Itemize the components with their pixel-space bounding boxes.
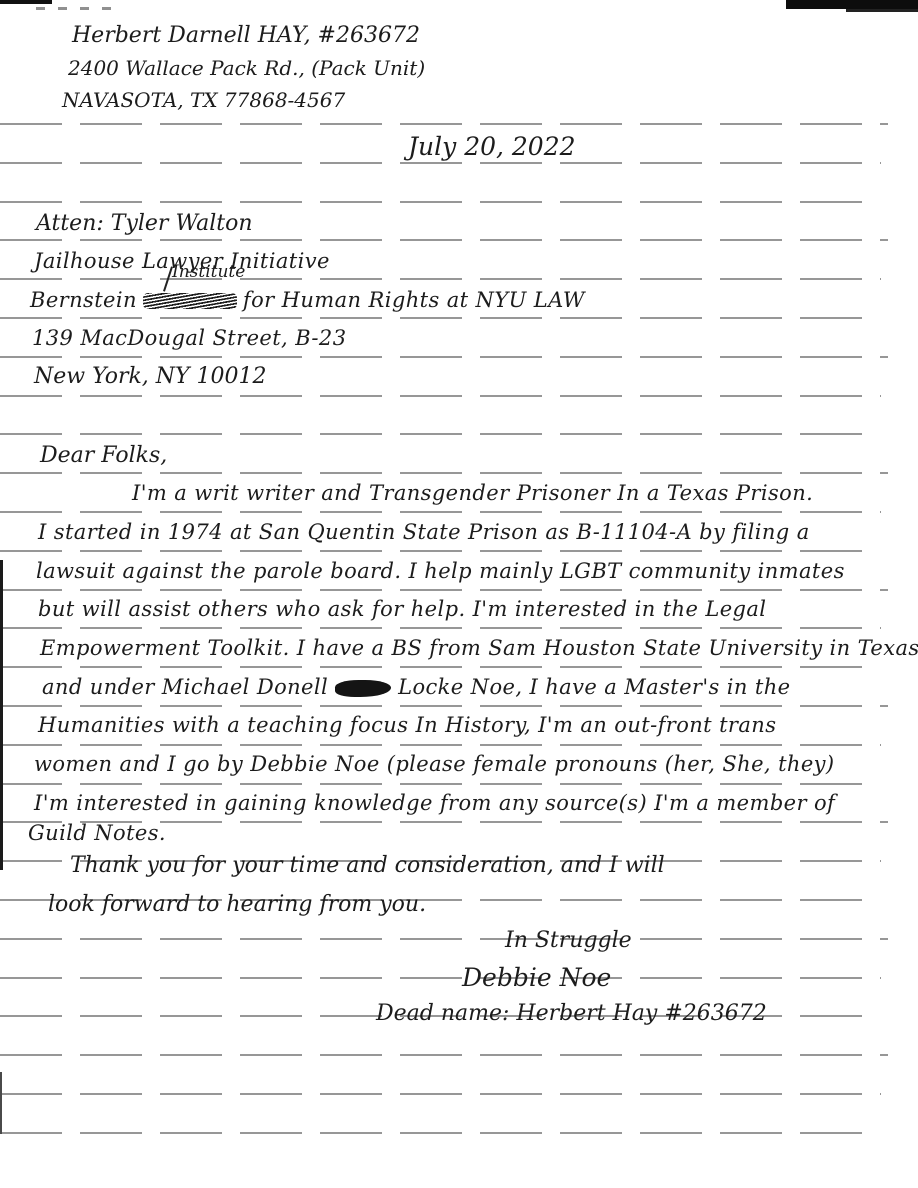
- scan-artifact-top-right-bar: [786, 0, 918, 9]
- body-line-5: Empowerment Toolkit. I have a BS from Sa…: [40, 637, 918, 660]
- scan-artifact-left-edge-bar: [0, 560, 3, 870]
- body-line-2: I started in 1974 at San Quentin State P…: [38, 521, 810, 544]
- body-line-8: women and I go by Debbie Noe (please fem…: [34, 753, 835, 776]
- body-line-6-before: and under Michael Donell: [42, 675, 328, 699]
- ruled-line: [0, 744, 881, 746]
- scan-artifact-left-edge-mark: [0, 1072, 2, 1134]
- body-line-3: lawsuit against the parole board. I help…: [36, 560, 845, 583]
- ruled-line: [0, 627, 881, 629]
- body-line-7: Humanities with a teaching focus In Hist…: [38, 714, 776, 737]
- valediction: In Struggle: [505, 929, 632, 953]
- ruled-line: [0, 433, 874, 435]
- ruled-line: [0, 201, 874, 203]
- ruled-line: [0, 162, 881, 164]
- crossed-out-word: [143, 293, 237, 309]
- ruled-line: [0, 705, 888, 707]
- body-line-6-after: Locke Noe, I have a Master's in the: [398, 675, 790, 699]
- salutation: Dear Folks,: [40, 444, 167, 468]
- org2-text-after: for Human Rights at NYU LAW: [243, 288, 585, 312]
- ruled-line: [0, 1093, 881, 1095]
- city-line: New York, NY 10012: [34, 365, 267, 389]
- body-line-9: I'm interested in gaining knowledge from…: [34, 792, 835, 815]
- attn-line: Atten: Tyler Walton: [36, 212, 253, 236]
- deadname-line: Dead name: Herbert Hay #263672: [376, 1002, 767, 1026]
- letter-page: Herbert Darnell HAY, #263672 2400 Wallac…: [0, 0, 918, 1188]
- scan-artifact-top-left-smudge: [36, 7, 112, 10]
- scan-artifact-top-right-bar2: [846, 9, 918, 12]
- ruled-line: [0, 123, 888, 125]
- ruled-line: [0, 395, 881, 397]
- closing-line-2: look forward to hearing from you.: [48, 893, 426, 917]
- body-line-10: Guild Notes.: [28, 822, 166, 845]
- ruled-line: [0, 239, 888, 241]
- signature-name: Debbie Noe: [462, 964, 611, 992]
- ruled-line: [0, 589, 888, 591]
- ruled-line: [0, 356, 888, 358]
- ruled-line: [0, 666, 874, 668]
- ruled-line: [0, 550, 874, 552]
- ruled-line: [0, 1054, 888, 1056]
- closing-line-1: Thank you for your time and consideratio…: [70, 854, 665, 878]
- date-line: July 20, 2022: [408, 133, 576, 161]
- street-line: 139 MacDougal Street, B-23: [32, 327, 346, 350]
- sender-name-line: Herbert Darnell HAY, #263672: [72, 24, 420, 48]
- org2-text-before: Bernstein: [30, 288, 137, 312]
- ruled-line: [0, 317, 874, 319]
- body-line-1: I'm a writ writer and Transgender Prison…: [132, 482, 813, 505]
- body-line-4: but will assist others who ask for help.…: [38, 598, 766, 621]
- ruled-line: [0, 938, 888, 940]
- blacked-out-word: [335, 680, 391, 697]
- ruled-line: [0, 1132, 874, 1134]
- sender-street-line: 2400 Wallace Pack Rd., (Pack Unit): [68, 57, 425, 79]
- ruled-line: [0, 977, 881, 979]
- scan-artifact-top-left-bar: [0, 0, 52, 4]
- sender-city-line: NAVASOTA, TX 77868-4567: [62, 89, 345, 111]
- org-line-2: Bernsteinfor Human Rights at NYU LAW: [30, 289, 585, 312]
- ruled-line: [0, 472, 888, 474]
- ruled-line: [0, 278, 881, 280]
- ruled-line: [0, 511, 881, 513]
- ruled-line: [0, 783, 874, 785]
- inserted-word: Institute: [172, 263, 245, 282]
- body-line-6: and under Michael DonellLocke Noe, I hav…: [42, 676, 791, 699]
